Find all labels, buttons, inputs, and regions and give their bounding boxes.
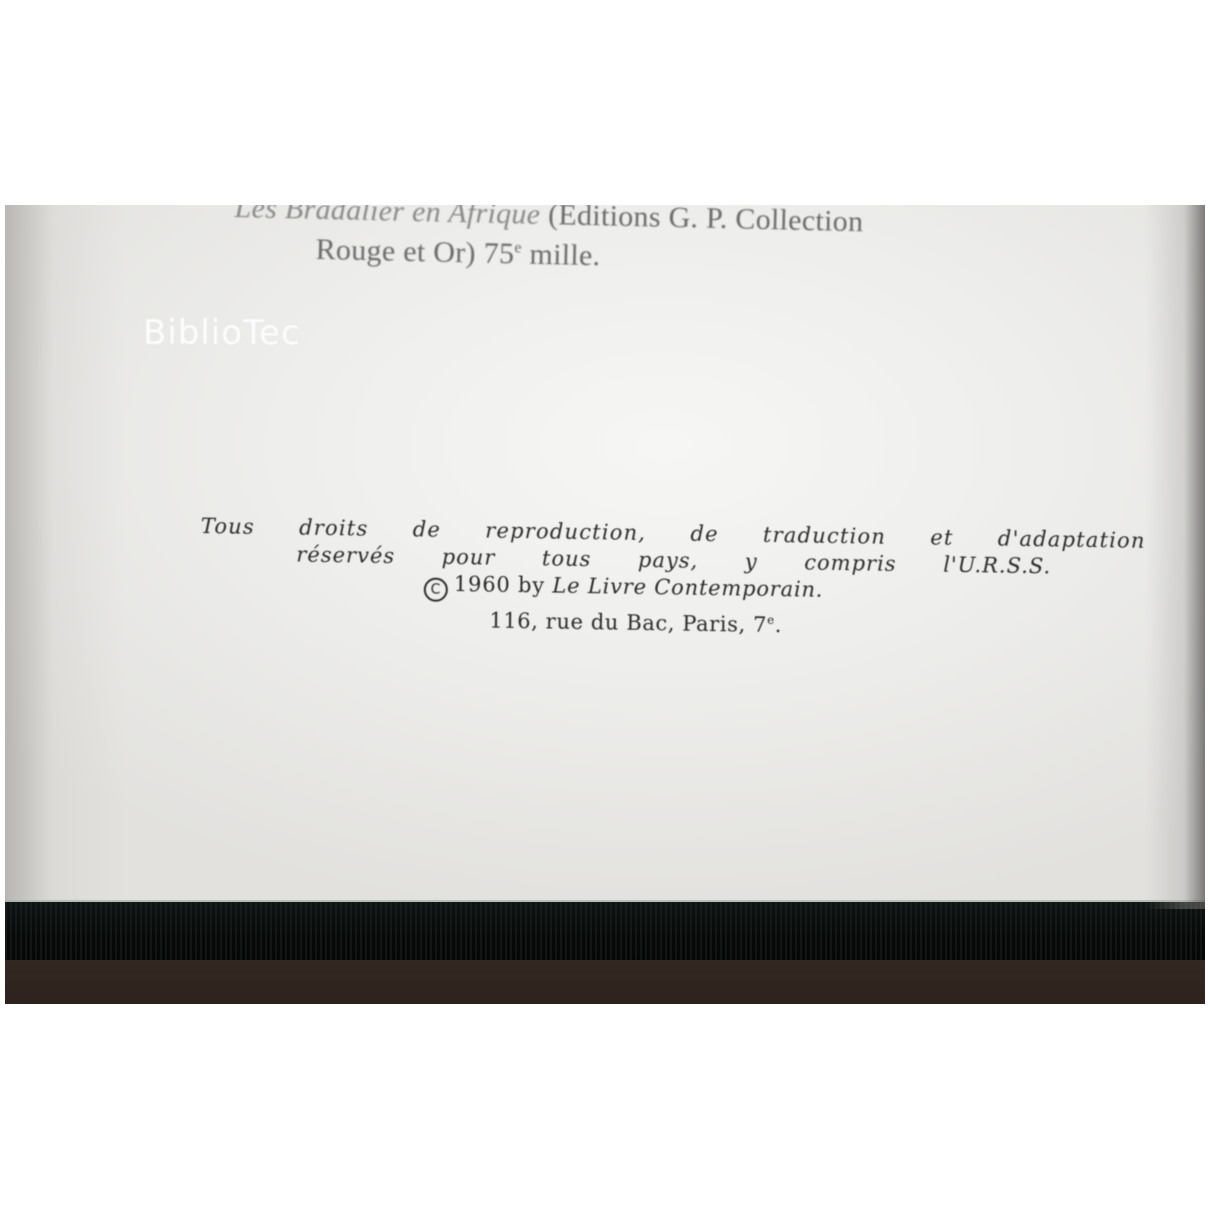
previous-works-text: Les Bradalier en Afrique (Editions G. P.… <box>233 205 863 279</box>
print-count: mille. <box>521 238 600 273</box>
book-title: Les Bradalier en Afrique <box>234 205 540 231</box>
watermark: BiblioTec <box>143 313 301 353</box>
copyright-icon: C <box>424 578 448 602</box>
book-page: Les Bradalier en Afrique (Editions G. P.… <box>5 205 1205 900</box>
table-surface <box>5 960 1205 1004</box>
book-cover-edge <box>5 902 1205 960</box>
book-photo: Les Bradalier en Afrique (Editions G. P.… <box>5 205 1205 1004</box>
publisher-name: Le Livre Contemporain. <box>552 574 823 602</box>
address-end: . <box>775 613 783 637</box>
copyright-year: 1960 by <box>454 572 553 598</box>
collection-name: Rouge et Or) 75 <box>315 233 514 270</box>
copyright-imprint: Tous droits de reproduction, de traducti… <box>199 513 1146 645</box>
address-text: 116, rue du Bac, Paris, 7 <box>489 609 767 637</box>
